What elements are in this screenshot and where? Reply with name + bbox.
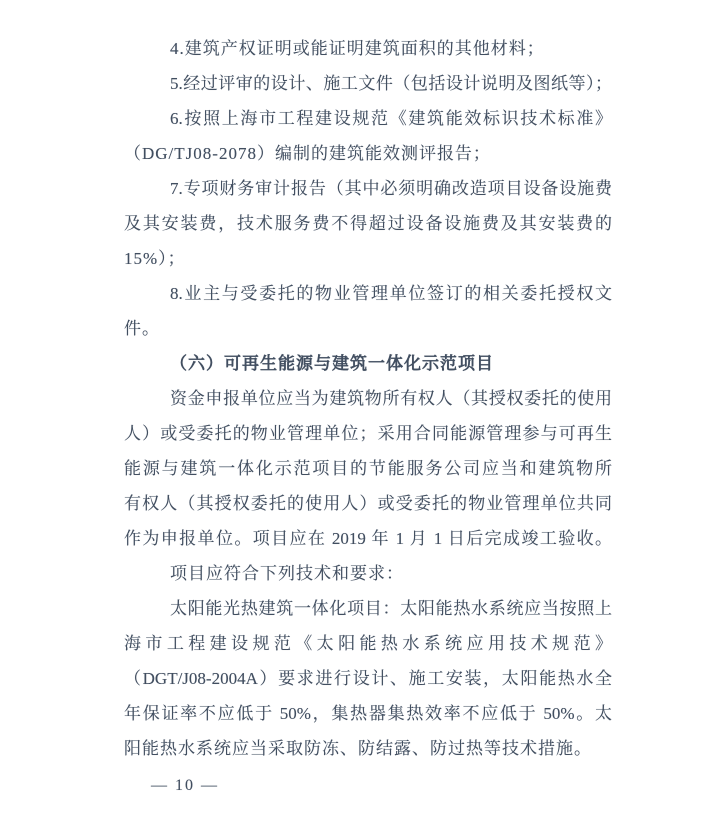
text-line: （DGT/J08-2004A）要求进行设计、施工安装，太阳能热水全: [124, 661, 612, 696]
text-line: 年保证率不应低于 50%，集热器集热效率不应低于 50%。太: [124, 696, 612, 731]
document-body: 4.建筑产权证明或能证明建筑面积的其他材料；5.经过评审的设计、施工文件（包括设…: [124, 31, 612, 766]
page-number: — 10 —: [151, 769, 219, 803]
text-line: 8.业主与受委托的物业管理单位签订的相关委托授权文: [124, 276, 612, 311]
section-heading: （六）可再生能源与建筑一体化示范项目: [124, 346, 612, 381]
text-line: 5.经过评审的设计、施工文件（包括设计说明及图纸等）；: [124, 66, 612, 101]
text-line: 7.专项财务审计报告（其中必须明确改造项目设备设施费: [124, 171, 612, 206]
text-line: 能源与建筑一体化示范项目的节能服务公司应当和建筑物所: [124, 451, 612, 486]
document-page: 4.建筑产权证明或能证明建筑面积的其他材料；5.经过评审的设计、施工文件（包括设…: [0, 0, 716, 834]
text-line: 海市工程建设规范《太阳能热水系统应用技术规范》: [124, 626, 612, 661]
text-line: 件。: [124, 311, 612, 346]
text-line: （DG/TJ08-2078）编制的建筑能效测评报告；: [124, 136, 612, 171]
text-line: 人）或受委托的物业管理单位；采用合同能源管理参与可再生: [124, 416, 612, 451]
text-line: 资金申报单位应当为建筑物所有权人（其授权委托的使用: [124, 381, 612, 416]
text-line: 有权人（其授权委托的使用人）或受委托的物业管理单位共同: [124, 486, 612, 521]
text-line: 太阳能光热建筑一体化项目：太阳能热水系统应当按照上: [124, 591, 612, 626]
text-line: 阳能热水系统应当采取防冻、防结露、防过热等技术措施。: [124, 731, 612, 766]
text-line: 15%）；: [124, 241, 612, 276]
text-line: 6.按照上海市工程建设规范《建筑能效标识技术标准》: [124, 101, 612, 136]
text-line: 项目应符合下列技术和要求：: [124, 556, 612, 591]
text-line: 4.建筑产权证明或能证明建筑面积的其他材料；: [124, 31, 612, 66]
text-line: 及其安装费，技术服务费不得超过设备设施费及其安装费的: [124, 206, 612, 241]
text-line: 作为申报单位。项目应在 2019 年 1 月 1 日后完成竣工验收。: [124, 521, 612, 556]
